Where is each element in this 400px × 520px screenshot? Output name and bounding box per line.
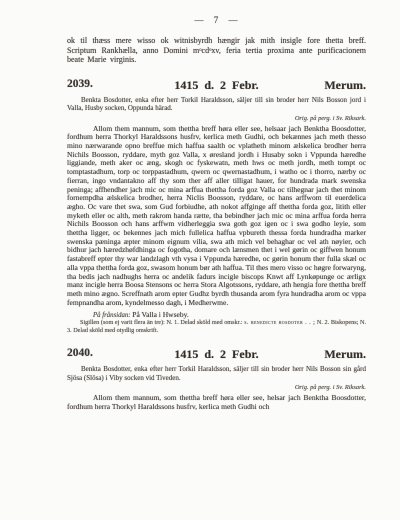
previous-entry-fragment: ok til thæss mere wisso ok witnisbyrdh h… xyxy=(67,36,366,65)
seal-note-prefix: Sigillen (som ej varit flera än tre): N.… xyxy=(80,319,244,326)
endorsement-line: På frånsidan: På Valla i Hwseby. xyxy=(67,310,366,319)
charter-text: Allom them mannum, som thettha breff hør… xyxy=(67,394,366,411)
charter-entry-2040: 2040. 1415 d. 2 Febr. Merum. Benkta Bosd… xyxy=(67,347,366,411)
seal-inscription: s. benedicte bosdoter . . ; xyxy=(244,319,315,326)
entry-header: 2040. 1415 d. 2 Febr. Merum. xyxy=(67,347,366,361)
seal-note: Sigillen (som ej varit flera än tre): N.… xyxy=(67,319,366,334)
entry-place: Merum. xyxy=(324,78,366,93)
entry-place: Merum. xyxy=(324,347,366,362)
charter-entry-2039: 2039. 1415 d. 2 Febr. Merum. Benkta Bosd… xyxy=(67,78,366,334)
source-note: Orig. på perg. i Sv. Riksark. xyxy=(67,115,366,122)
entry-header: 2039. 1415 d. 2 Febr. Merum. xyxy=(67,78,366,92)
charter-text: Allom them mannum, som thettha breff hør… xyxy=(67,125,366,308)
book-page: — 7 — ok til thæss mere wisso ok witnisb… xyxy=(67,0,366,411)
page-number-heading: — 7 — xyxy=(67,15,366,25)
entry-regest: Benkta Bosdotter, enka efter herr Torkil… xyxy=(67,96,366,113)
entry-date: 1415 d. 2 Febr. xyxy=(67,347,366,362)
entry-regest: Benkta Bosdotter, enka efter herr Torkil… xyxy=(67,365,366,382)
endorsement-text: På Valla i Hwseby. xyxy=(132,310,188,319)
source-note: Orig. på perg. i Sv. Riksark. xyxy=(67,384,366,391)
entry-date: 1415 d. 2 Febr. xyxy=(67,78,366,93)
